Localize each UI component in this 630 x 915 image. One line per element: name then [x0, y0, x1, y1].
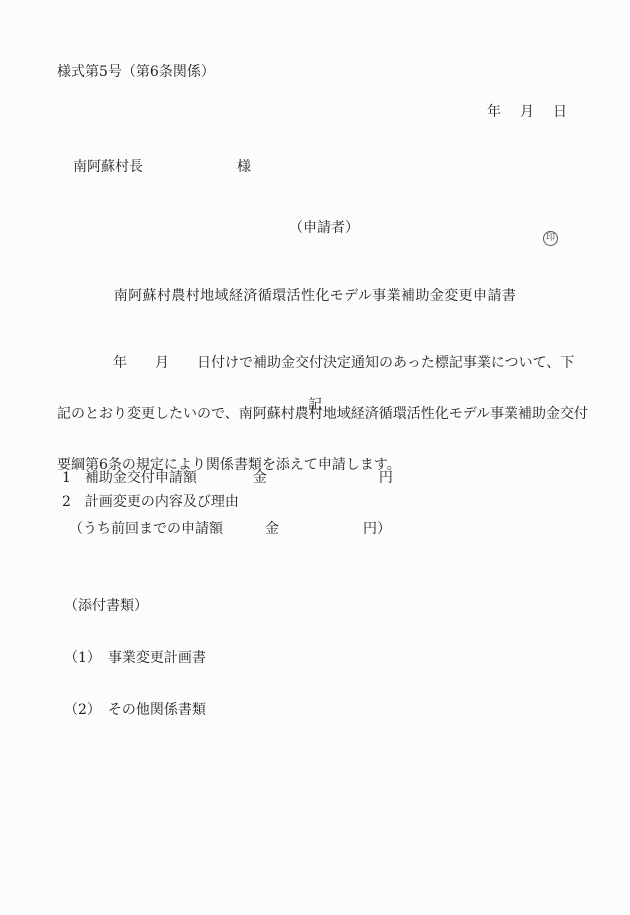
form-number: 様式第5号（第6条関係） — [57, 64, 215, 80]
applicant-label: （申請者） — [289, 220, 359, 236]
addressee-name: 南阿蘇村長 — [73, 159, 143, 175]
addressee-honorific: 様 — [237, 159, 251, 175]
attachment-item-1: （1） 事業変更計画書 — [64, 648, 206, 668]
attachment-item-2: （2） その他関係書類 — [64, 700, 206, 720]
date-placeholder: 年 月 日 — [487, 104, 570, 120]
item-1-line-1: 1 補助金交付申請額 金 円 — [62, 469, 393, 488]
document-title: 南阿蘇村農村地域経済循環活性化モデル事業補助金変更申請書 — [0, 288, 630, 304]
seal-mark-icon: 印 — [543, 231, 558, 246]
body-line-1: 年 月 日付けで補助金交付決定通知のあった標記事業について、下 — [57, 354, 588, 373]
item-1-line-2: （うち前回までの申請額 金 円） — [62, 520, 393, 539]
attachments-header: （添付書類） — [64, 596, 206, 616]
attachments-section: （添付書類） （1） 事業変更計画書 （2） その他関係書類 — [64, 564, 206, 752]
record-marker: 記 — [0, 397, 630, 413]
item-2-change-reason: 2 計画変更の内容及び理由 — [62, 494, 239, 510]
grant-change-application-form: 様式第5号（第6条関係） 年 月 日 南阿蘇村長 様 （申請者） 印 南阿蘇村農… — [0, 0, 630, 915]
